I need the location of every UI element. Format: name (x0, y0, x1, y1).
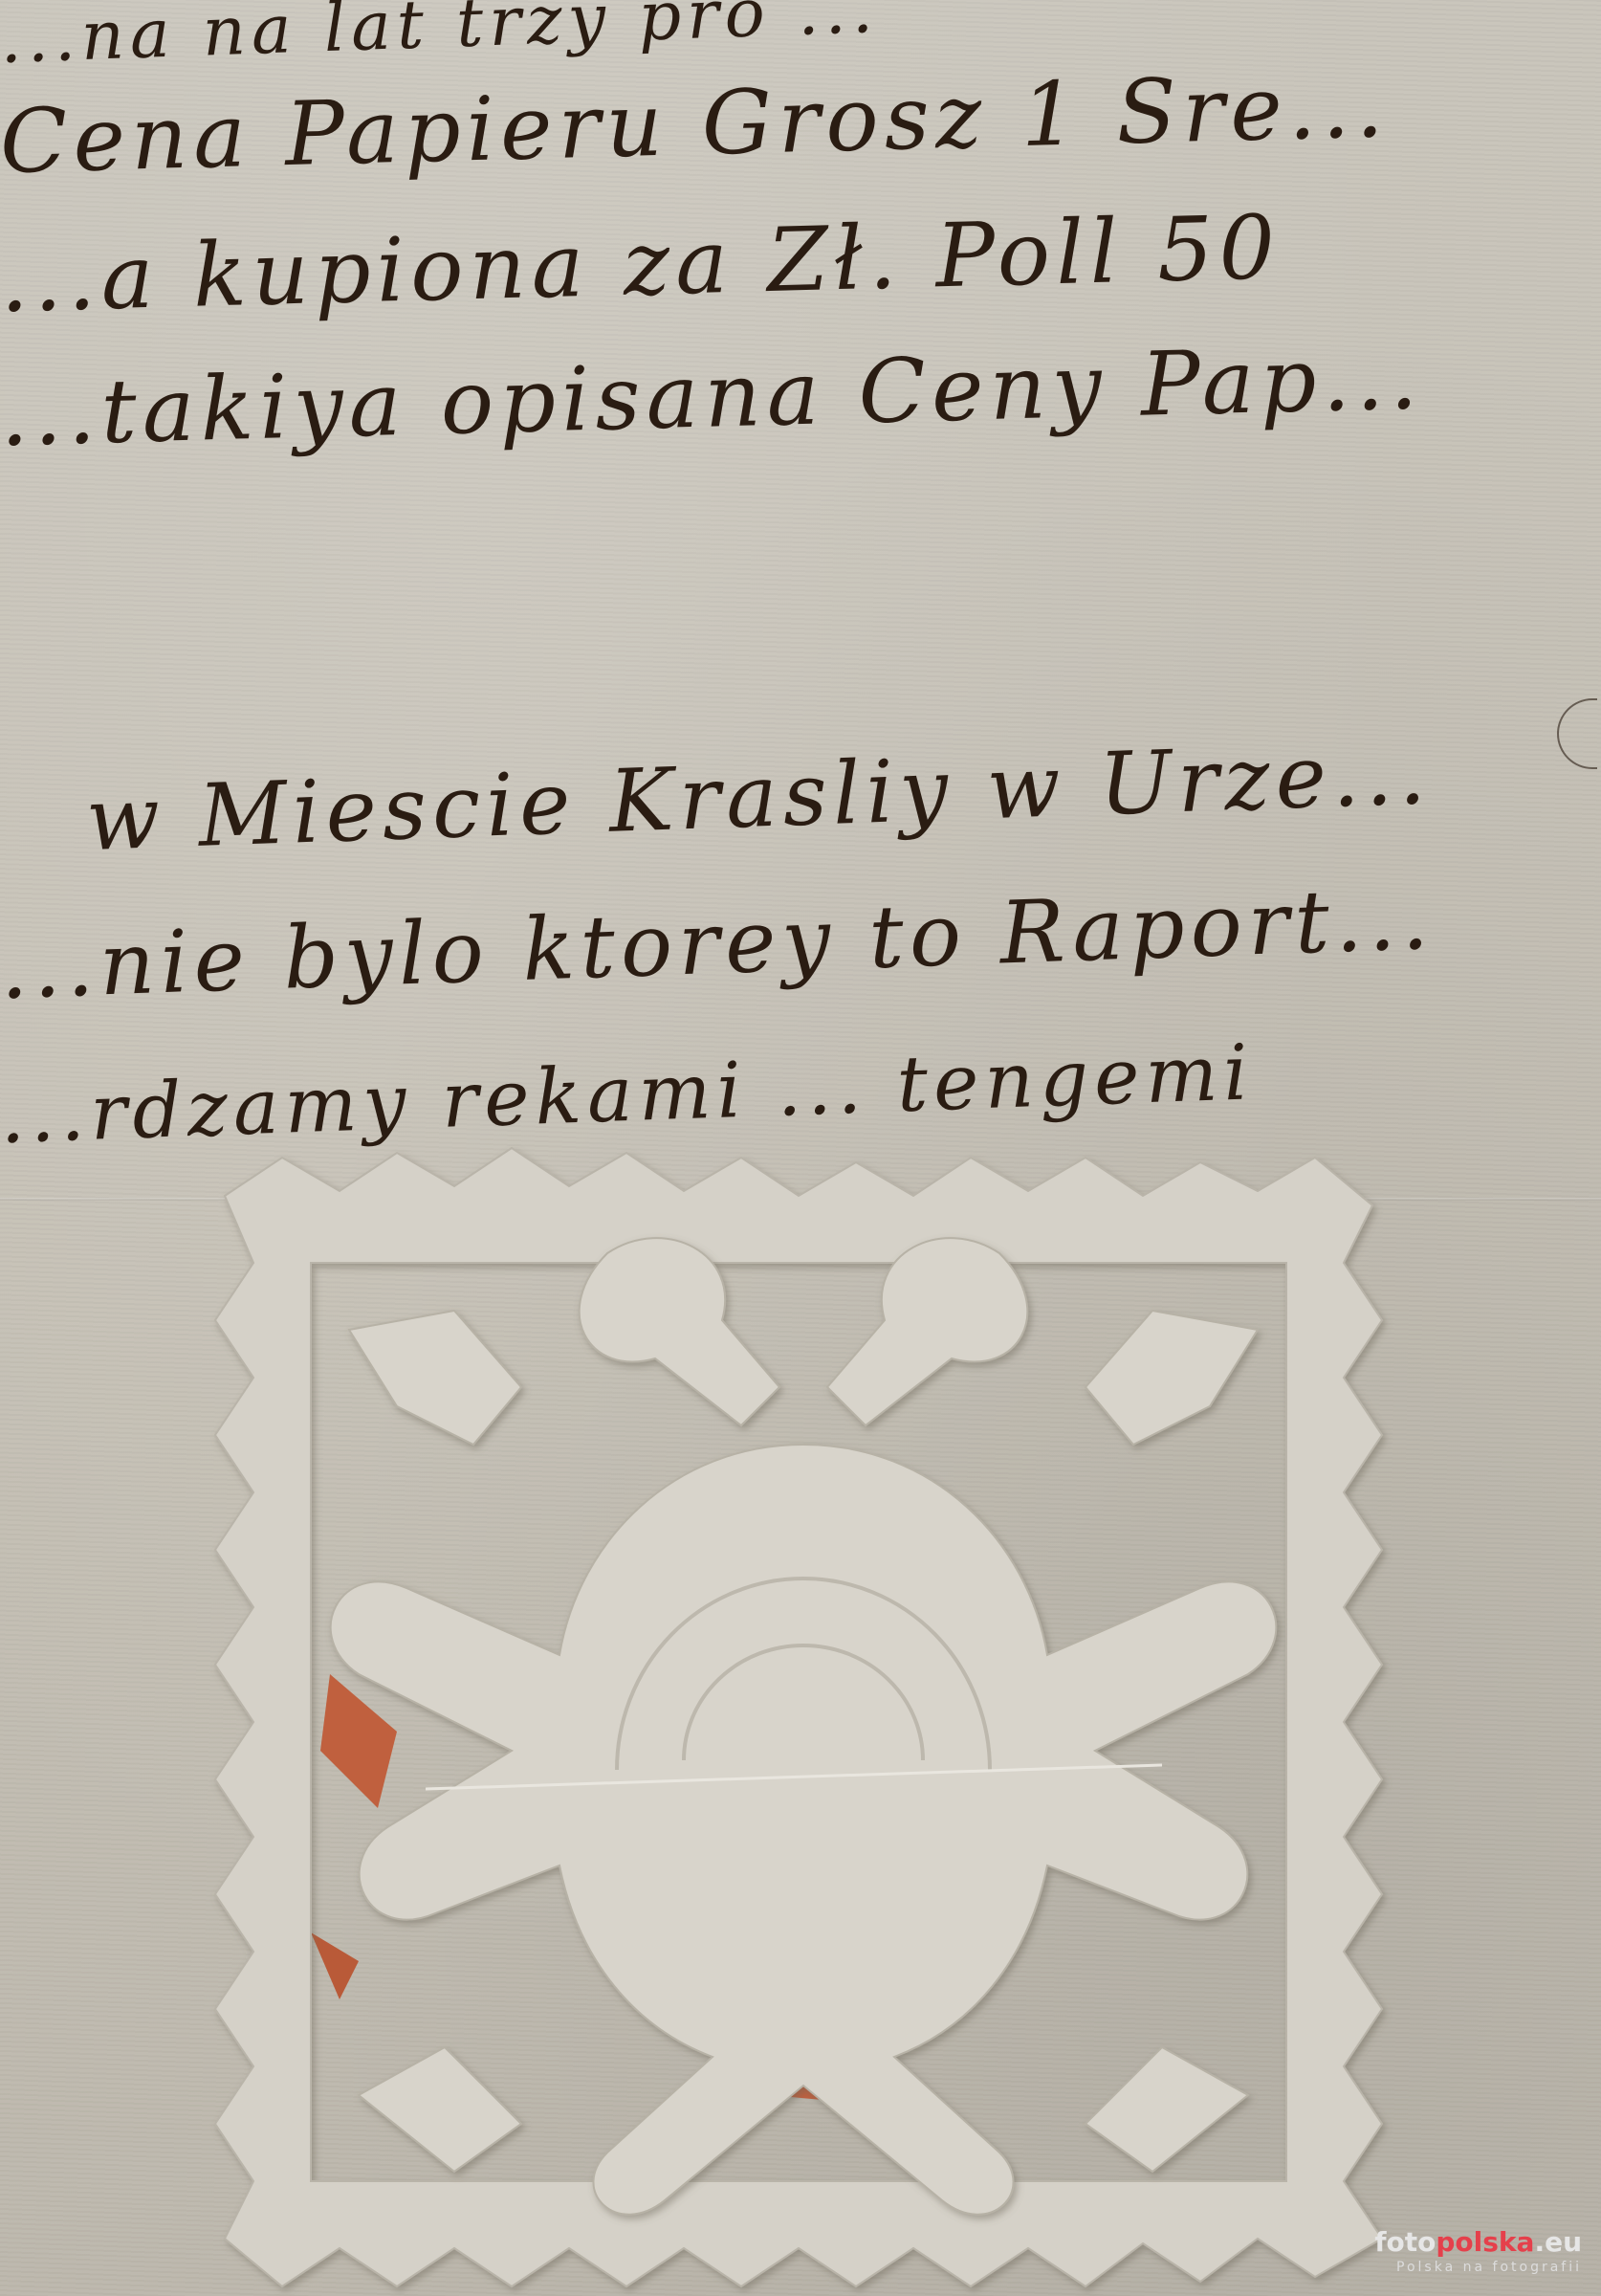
manuscript-line-3: ...a kupiona za Zł. Poll 50 (0, 196, 1282, 332)
watermark-brand-part3: .eu (1534, 2226, 1582, 2258)
margin-ink-mark (1557, 698, 1597, 769)
manuscript-line-2: Cena Papieru Grosz 1 Sre... (0, 55, 1391, 193)
watermark: fotopolska.eu Polska na fotografii (1374, 2226, 1582, 2275)
watermark-brand: fotopolska.eu (1374, 2226, 1582, 2258)
manuscript-line-4: ...takiya opisana Ceny Pap... (0, 326, 1424, 466)
watermark-brand-part2: polska (1436, 2226, 1534, 2258)
manuscript-line-6: ...nie bylo ktorey to Raport... (0, 869, 1436, 1019)
papercut-seal (206, 1138, 1401, 2296)
manuscript-photo: ...na na lat trzy pro ... Cena Papieru G… (0, 0, 1601, 2296)
manuscript-line-5: w Miescie Krasliy w Urze... (84, 723, 1433, 871)
watermark-brand-part1: foto (1374, 2226, 1436, 2258)
watermark-tagline: Polska na fotografii (1374, 2260, 1582, 2275)
manuscript-line-1: ...na na lat trzy pro ... (0, 0, 880, 78)
